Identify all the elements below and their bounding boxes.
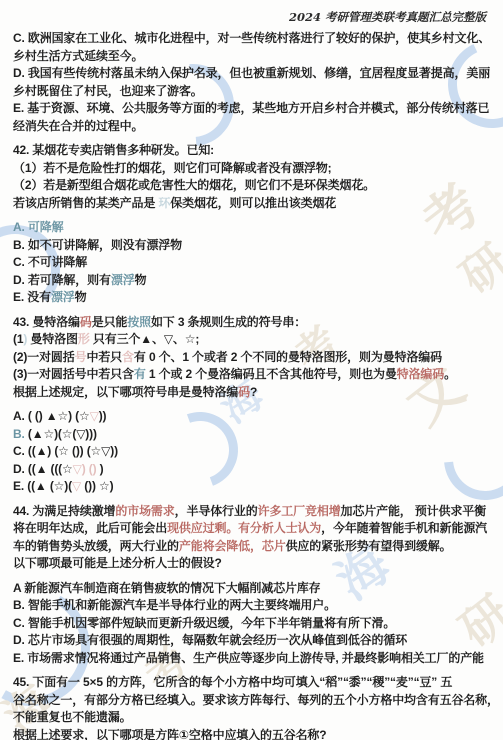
text-segment: 1 个或 2 个曼洛编码且不含其他符号，则也为曼 [146,367,397,381]
text-segment: C. ((▲) (☆ ()) (☆▽)) [13,444,118,458]
text-segment: D. ((▲ (((☆ [13,462,73,476]
text-line: B. (▲☆)(☆(▽))) [13,426,490,444]
text-segment: ▽ [90,409,99,423]
text-segment: 码 [80,315,92,329]
text-line: C. 智能手机因零部件短缺而更新升级迟缓，今年下半年销量将有所下滑。 [13,615,490,633]
text-line: C. 不可讲降解 [13,254,490,272]
text-segment: （2）若是新型组合烟花或危害性大的烟花，则它们不是环保类烟花。 [13,178,375,192]
text-segment: 。 [444,367,456,381]
text-segment: 是只能 [92,315,128,329]
text-segment: ▽ [72,479,81,493]
text-line: A. ( () ▲☆) (☆▽)) [13,408,490,426]
text-segment: A. 可降解 [13,220,63,234]
text-line: 42. 某烟花专卖店销售多种研发。已知: [13,142,490,160]
text-segment: 以下哪项最可能是上述分析人士的假设? [13,556,222,570]
text-line: C. 欧洲国家在工业化、城市化进程中，对一些传统村落进行了较好的保护，使其乡村文… [13,30,490,48]
text-segment: 含 [122,350,134,364]
text-segment: 特洛编码 [397,367,444,381]
text-segment: D. 若可降解，则有 [13,273,111,287]
text-line: D. ((▲ (((☆▽) () ) [13,461,490,479]
text-segment: 中若只 [86,350,122,364]
text-segment: 号 [75,350,87,364]
text-segment: E. ((▲ (☆)( [13,479,72,493]
text-segment: D. 芯片市场具有很强的周期性，每隔数年就会经历一次从峰值到低谷的循环 [13,633,407,647]
text-segment: (2)一对圆括 [13,350,75,364]
text-segment: (3)一对圆括号中若只含 [13,367,134,381]
text-segment: 根据上述要求，以下哪项是方阵①空格中应填入的五谷名称? [13,728,326,740]
q41-options-cde: C. 欧洲国家在工业化、城市化进程中，对一些传统村落进行了较好的保护，使其乡村文… [13,30,490,135]
text-line: （1）若不是危险性打的烟花，则它们可降解或者没有漂浮物; [13,160,490,178]
text-segment: C. 不可讲降解 [13,255,87,269]
text-segment: E. 没有 [13,290,51,304]
text-line: D. 若可降解，则有漂浮物 [13,272,490,290]
text-segment: 漂浮 [51,290,75,304]
text-line: 以下哪项最可能是上述分析人士的假设? [13,555,490,573]
text-segment: 产能将会降低，芯片 [179,539,286,553]
text-segment: 45. 下面有一 5×5 的方阵，它所含的每个小方格中均可填入“稻”“黍”“稷”… [13,675,452,689]
text-segment: B. 如不可讲降解，则没有漂浮物 [13,238,182,252]
q42-stem: 42. 某烟花专卖店销售多种研发。已知:（1）若不是危险性打的烟花，则它们可降解… [13,142,490,212]
text-segment: ) [96,462,103,476]
q44-stem: 44. 为满足持续激增的市场需求，半导体行业的许多工厂竞相增加芯片产能， 预计供… [13,503,490,573]
text-line: E. 市场需求情况将通过产品销售、生产供应等逐步向上游传导, 并最终影响相关工厂… [13,650,490,668]
text-segment: 如下 3 条规则生成的符号串： [151,315,306,329]
q44-options: A 新能源汽车制造商在销售疲软的情况下大幅削减芯片库存B. 智能手机和新能源汽车… [13,580,490,668]
text-segment: 曼特洛图 [27,332,78,346]
text-line: C. ((▲) (☆ ()) (☆▽)) [13,443,490,461]
text-segment: B. [13,427,25,441]
text-segment: 许多工厂竞相增 [258,504,341,518]
text-segment: 环 [158,196,170,210]
text-segment: 有 [134,367,146,381]
text-segment: 44. 为满足持续激增 [13,504,115,518]
text-segment: ，半导体行业的 [175,504,258,518]
text-segment: 不能重复也不能遗漏。 [13,710,132,724]
text-segment: 有 0 个、1 个或者 2 个不同的曼特洛图形，则为曼特洛编码 [134,350,442,364]
text-line: (2)一对圆括号中若只含有 0 个、1 个或者 2 个不同的曼特洛图形，则为曼特… [13,349,490,367]
text-line: 根据上述规定，以下哪项符号串是曼特洛编码? [13,384,490,402]
text-line: E. ((▲ (☆)(▽ ()) ☆) [13,478,490,496]
text-segment: 按照 [127,315,151,329]
text-segment: 43. 曼特洛编 [13,315,80,329]
text-segment: 供应的紧张形势有望得到缓解。 [286,539,452,553]
text-segment: (1 [13,332,23,346]
page-content: 2024 考研管理类联考真题汇总完整版 C. 欧洲国家在工业化、城市化进程中，对… [0,0,503,740]
text-segment: 谷名称之一，有部分方格已经填入。要求该方阵每行、每列的五个小方格中均含有五谷名称… [13,693,499,707]
text-line: 乡村生活方式延续至今。 [13,48,490,66]
text-line: B. 如不可讲降解，则没有漂浮物 [13,237,490,255]
text-segment: 42. 某烟花专卖店销售多种研发。已知: [13,143,214,157]
text-segment: ? [250,385,257,399]
text-segment: 加芯片产能， 预计供求平衡 [341,504,486,518]
text-line: （2）若是新型组合烟花或危害性大的烟花，则它们不是环保类烟花。 [13,177,490,195]
text-segment: 根据上述规定，以下哪项符号串是曼特洛编 [13,385,238,399]
text-line: 车的销售势头放缓，两大行业的产能将会降低，芯片供应的紧张形势有望得到缓解。 [13,538,490,556]
text-line: A 新能源汽车制造商在销售疲软的情况下大幅削减芯片库存 [13,580,490,598]
text-line: 45. 下面有一 5×5 的方阵，它所含的每个小方格中均可填入“稻”“黍”“稷”… [13,674,490,692]
text-segment: 乡村生活方式延续至今。 [13,49,143,63]
text-line: (1) 曼特洛图形 只有三个▲、▽、☆; [13,331,490,349]
text-segment: 漂浮 [111,273,135,287]
text-segment: B. 智能手机和新能源汽车是半导体行业的两大主要终端用户。 [13,598,336,612]
text-line: 若该店所销售的某类产品是 环保类烟花，则可以推出该类烟花 [13,195,490,213]
text-line: 不能重复也不能遗漏。 [13,709,490,727]
text-segment: 的市场需求 [115,504,174,518]
text-segment: 只有三个▲、▽、☆; [90,332,200,346]
text-segment: E. 市场需求情况将通过产品销售、生产供应等逐步向上游传导, 并最终影响相关工厂… [13,651,484,665]
text-segment: E. 基于资源、环境、公共服务等方面的考虑，某些地方开启乡村合并模式，部分传统村… [13,101,489,115]
text-segment: A. ( () ▲☆) (☆ [13,409,90,423]
text-segment: A 新能源汽车制造商在销售疲软的情况下大幅削减芯片库存 [13,581,321,595]
q45-stem: 45. 下面有一 5×5 的方阵，它所含的每个小方格中均可填入“稻”“黍”“稷”… [13,674,490,740]
text-line: D. 我国有些传统村落虽未纳入保护名录，但也被重新规划、修缮，宜居程度显著提高，… [13,65,490,83]
text-line: D. 芯片市场具有很强的周期性，每隔数年就会经历一次从峰值到低谷的循环 [13,632,490,650]
text-segment: 物 [75,290,87,304]
document-page: 考研文考海海研考海 2024 考研管理类联考真题汇总完整版 C. 欧洲国家在工业… [0,0,503,740]
text-line: E. 基于资源、环境、公共服务等方面的考虑，某些地方开启乡村合并模式，部分传统村… [13,100,490,118]
text-segment: C. 智能手机因零部件短缺而更新升级迟缓，今年下半年销量将有所下滑。 [13,616,395,630]
text-segment: D. 我国有些传统村落虽未纳入保护名录，但也被重新规划、修缮，宜居程度显著提高，… [13,66,490,80]
text-line: 经消失在合并的过程中。 [13,118,490,136]
text-segment: （1）若不是危险性打的烟花，则它们可降解或者没有漂浮物; [13,161,331,175]
text-segment: 码 [238,385,250,399]
text-line: E. 没有漂浮物 [13,289,490,307]
text-segment: 将在明年达成，此后可能会出 [13,521,167,535]
document-body: C. 欧洲国家在工业化、城市化进程中，对一些传统村落进行了较好的保护，使其乡村文… [13,30,490,740]
text-segment: C. 欧洲国家在工业化、城市化进程中，对一些传统村落进行了较好的保护，使其乡村文… [13,31,490,45]
text-segment: 保类烟花，则可以推出该类烟花 [170,196,336,210]
text-segment: 形 [78,332,90,346]
text-line: B. 智能手机和新能源汽车是半导体行业的两大主要终端用户。 [13,597,490,615]
text-line: (3)一对圆括号中若只含有 1 个或 2 个曼洛编码且不含其他符号，则也为曼特洛… [13,366,490,384]
text-segment: )) [99,409,107,423]
text-line: 谷名称之一，有部分方格已经填入。要求该方阵每行、每列的五个小方格中均含有五谷名称… [13,692,490,710]
text-line: 将在明年达成，此后可能会出现供应过剩。有分析人士认为，今年随着智能手机和新能源汽 [13,520,490,538]
text-segment: 车的销售势头放缓，两大行业的 [13,539,179,553]
q43-stem: 43. 曼特洛编码是只能按照如下 3 条规则生成的符号串：(1) 曼特洛图形 只… [13,314,490,402]
text-segment: 经消失在合并的过程中。 [13,119,143,133]
text-segment: 乡村既留住了村民，也迎来了游客。 [13,84,203,98]
text-segment: 物 [135,273,147,287]
text-segment: (▲☆)(☆(▽))) [25,427,97,441]
text-line: 44. 为满足持续激增的市场需求，半导体行业的许多工厂竞相增加芯片产能， 预计供… [13,503,490,521]
text-segment: ()) ☆) [81,479,113,493]
text-segment: 现供应过剩。有分析人士认为 [167,521,321,535]
text-segment: ▽) () [73,462,97,476]
text-segment: ，今年随着智能手机和新能源汽 [321,521,487,535]
text-line: 根据上述要求，以下哪项是方阵①空格中应填入的五谷名称? [13,727,490,740]
page-header: 2024 考研管理类联考真题汇总完整版 [13,8,490,26]
text-line: A. 可降解 [13,219,490,237]
text-line: 乡村既留住了村民，也迎来了游客。 [13,83,490,101]
text-line: 43. 曼特洛编码是只能按照如下 3 条规则生成的符号串： [13,314,490,332]
q43-options: A. ( () ▲☆) (☆▽))B. (▲☆)(☆(▽)))C. ((▲) (… [13,408,490,496]
q42-options: A. 可降解B. 如不可讲降解，则没有漂浮物C. 不可讲降解D. 若可降解，则有… [13,219,490,307]
text-segment: 若该店所销售的某类产品是 [13,196,158,210]
